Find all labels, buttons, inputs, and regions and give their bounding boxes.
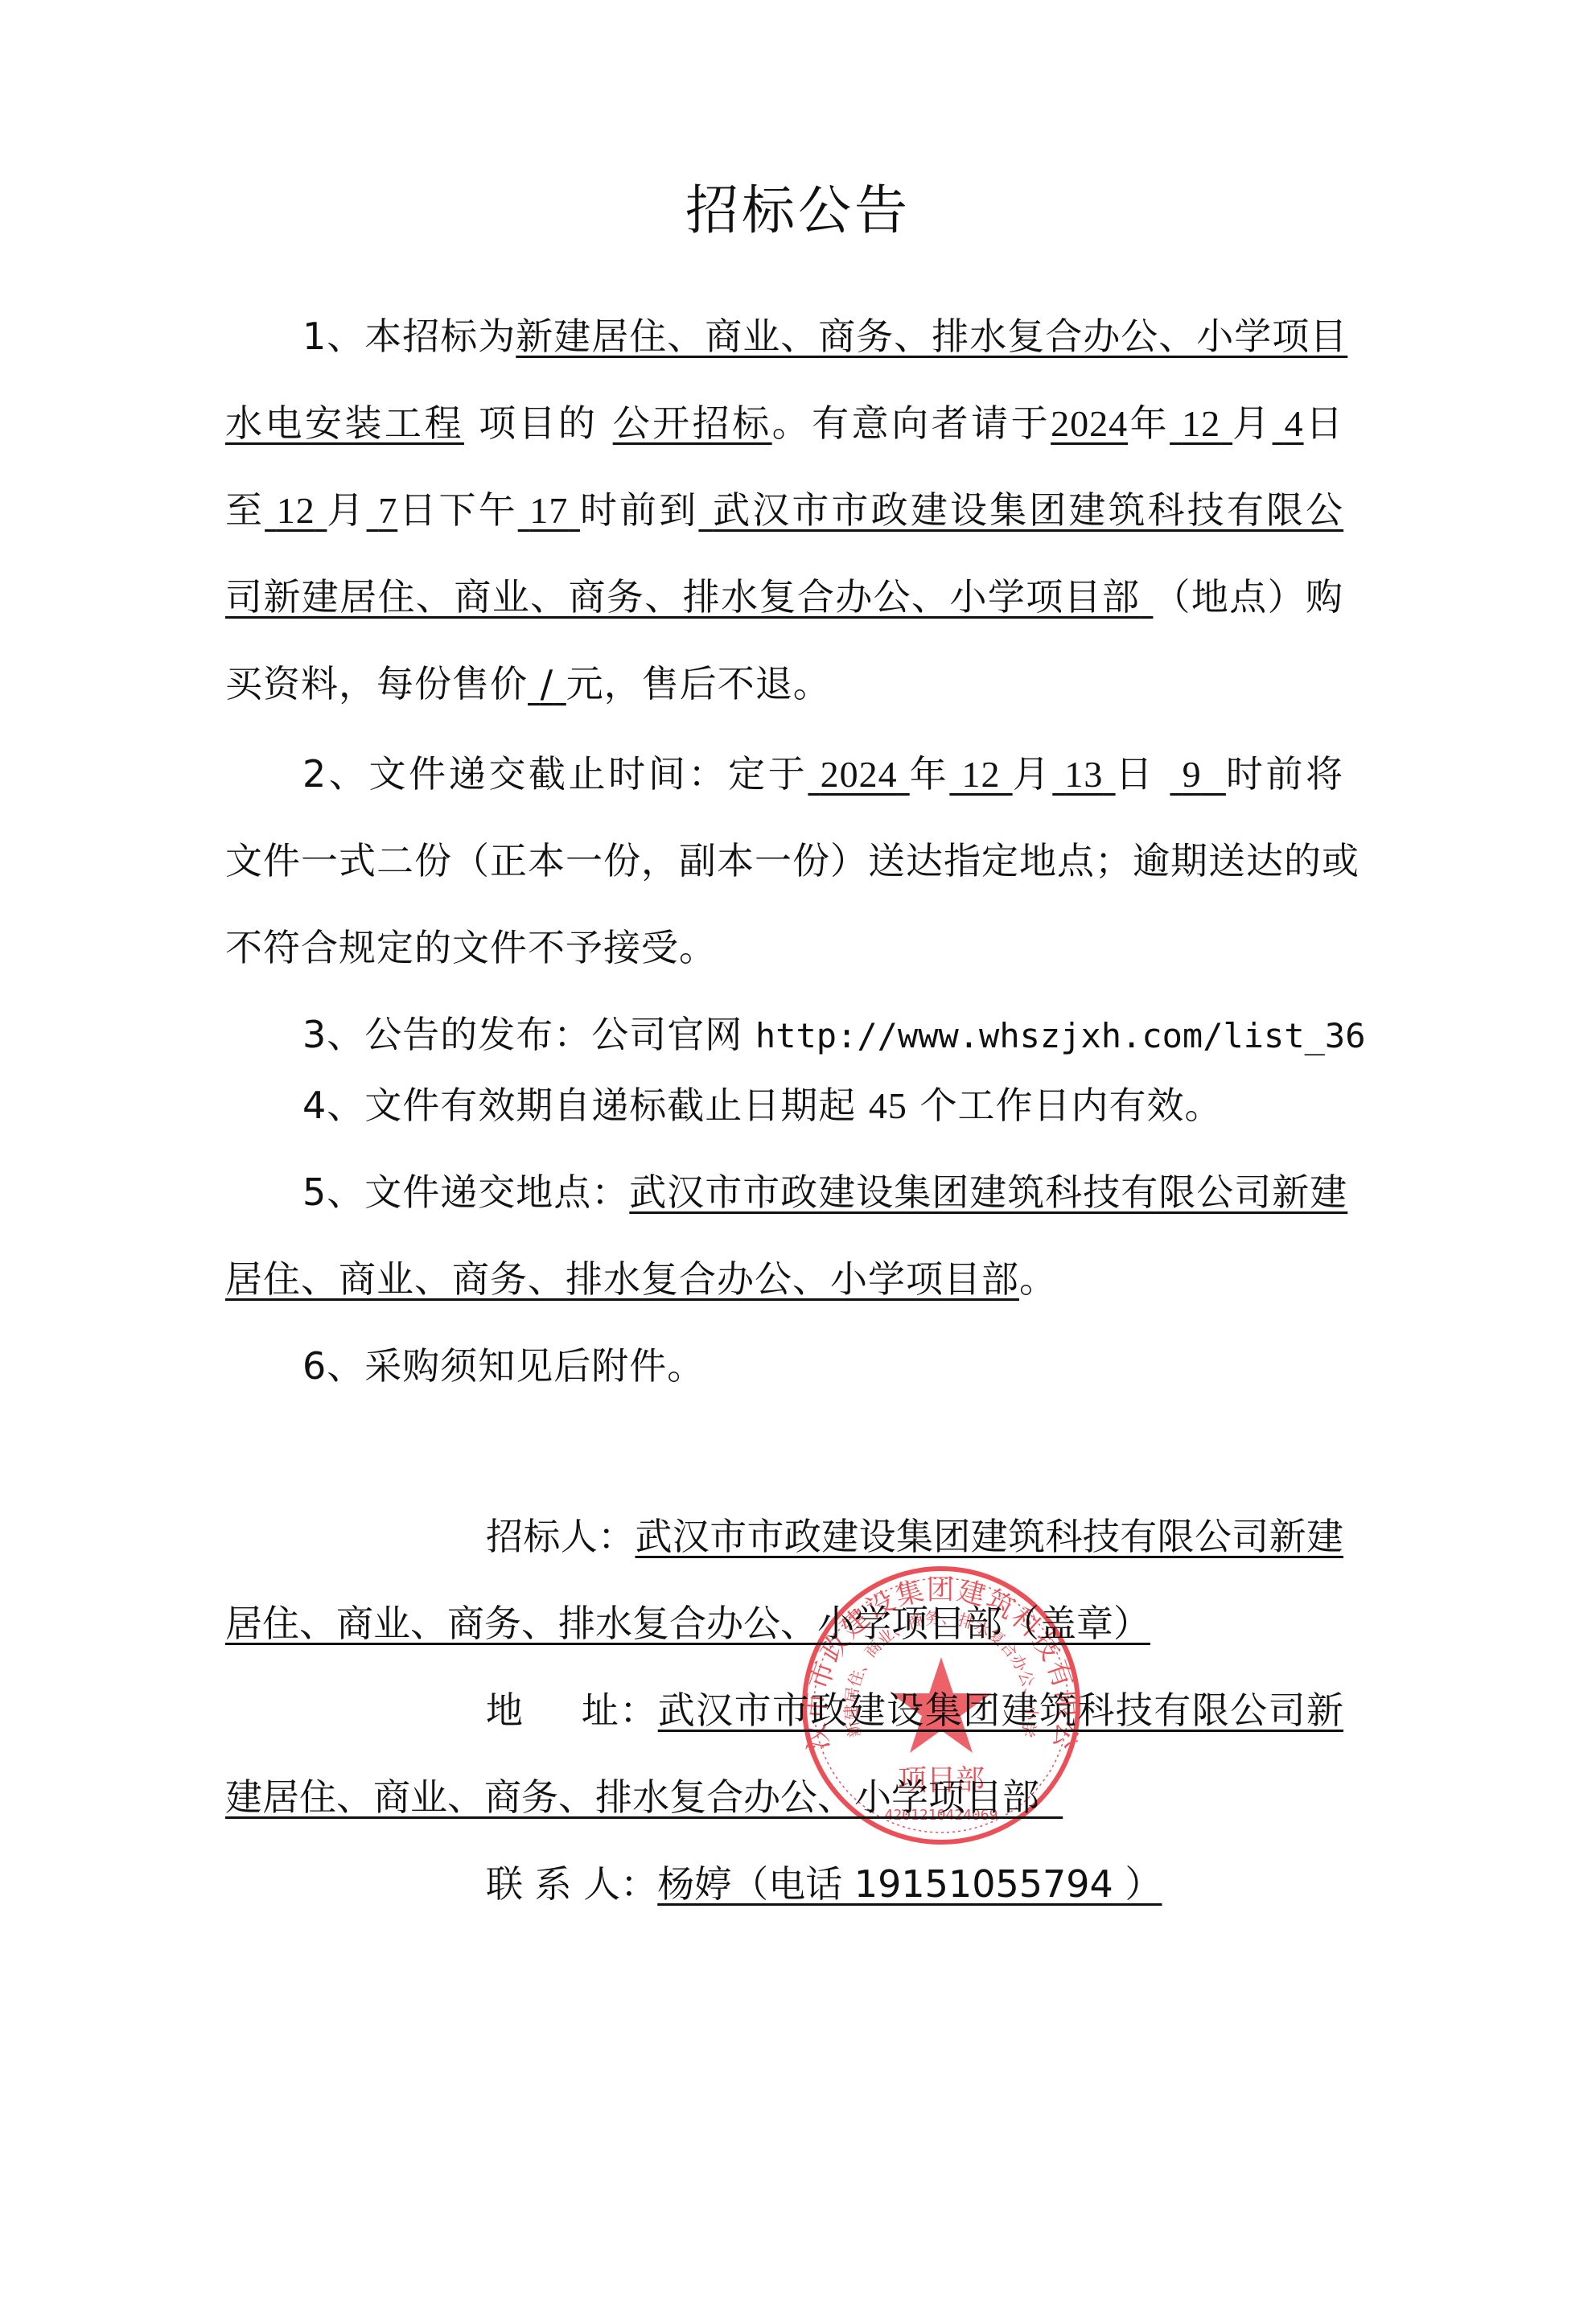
item-1-line-4: 司新建居住、商业、商务、排水复合办公、小学项目部 （地点）购 xyxy=(225,573,1343,621)
item-5-line-2: 居住、商业、商务、排水复合办公、小学项目部。 xyxy=(225,1255,1343,1303)
submission-location-cont: 居住、商业、商务、排水复合办公、小学项目部 xyxy=(225,1257,1019,1301)
end-month: 12 xyxy=(265,490,327,531)
item-1-line-1: 1、本招标为新建居住、商业、商务、排水复合办公、小学项目 xyxy=(225,312,1343,360)
address-value-cont: 建居住、商业、商务、排水复合办公、小学项目部 xyxy=(225,1775,1063,1819)
end-day: 7 xyxy=(367,490,398,531)
item-1-line-3: 至 12 月 7日下午 17 时前到 武汉市市政建设集团建筑科技有限公 xyxy=(225,486,1343,535)
tenderer-name-cont: 居住、商业、商务、排水复合办公、小学项目部（盖章） xyxy=(225,1602,1150,1645)
item-3: 3、公告的发布：公司官网 http://www.whszjxh.com/list… xyxy=(225,1010,1343,1060)
website-url[interactable]: http://www.whszjxh.com/list_36 xyxy=(755,1016,1366,1055)
project-name: 新建居住、商业、商务、排水复合办公、小学项目 xyxy=(516,315,1347,358)
validity-days: 45 xyxy=(869,1085,907,1126)
item-4: 4、文件有效期自递标截止日期起 45 个工作日内有效。 xyxy=(225,1081,1343,1130)
project-name-cont: 水电安装工程 xyxy=(225,401,464,445)
tender-method: 公开招标 xyxy=(613,401,772,445)
start-month: 12 xyxy=(1170,403,1232,444)
contact-line: 联 系 人：杨婷（电话 19151055794 ） xyxy=(486,1860,1343,1908)
deadline-hour: 9 xyxy=(1170,754,1225,795)
item-2-line-3: 不符合规定的文件不予接受。 xyxy=(225,923,1343,972)
address-line-1: 地址：武汉市市政建设集团建筑科技有限公司新 xyxy=(486,1686,1343,1734)
deadline-year: 2024 xyxy=(808,754,909,795)
item-5-line-1: 5、文件递交地点：武汉市市政建设集团建筑科技有限公司新建 xyxy=(225,1168,1343,1216)
purchase-location: 武汉市市政建设集团建筑科技有限公 xyxy=(698,488,1343,532)
item-2-line-2: 文件一式二份（正本一份，副本一份）送达指定地点；逾期送达的或 xyxy=(225,837,1343,885)
tenderer-name: 武汉市市政建设集团建筑科技有限公司新建 xyxy=(635,1515,1343,1558)
deadline-day: 13 xyxy=(1052,754,1115,795)
address-line-2: 建居住、商业、商务、排水复合办公、小学项目部 xyxy=(225,1773,1343,1821)
item-2-line-1: 2、文件递交截止时间：定于 2024 年 12 月 13 日 9 时前将 xyxy=(225,750,1343,799)
document-page: 招标公告 1、本招标为新建居住、商业、商务、排水复合办公、小学项目 水电安装工程… xyxy=(0,0,1596,2320)
start-day: 4 xyxy=(1273,403,1304,444)
tenderer-line-2: 居住、商业、商务、排水复合办公、小学项目部（盖章） xyxy=(225,1599,1343,1647)
address-value: 武汉市市政建设集团建筑科技有限公司新 xyxy=(658,1689,1343,1732)
submission-location: 武汉市市政建设集团建筑科技有限公司新建 xyxy=(629,1170,1347,1214)
deadline-month: 12 xyxy=(949,754,1012,795)
item-1-line-2: 水电安装工程 项目的 公开招标。有意向者请于2024年 12 月 4日 xyxy=(225,399,1343,448)
purchase-location-cont: 司新建居住、商业、商务、排水复合办公、小学项目部 xyxy=(225,575,1153,619)
start-year: 2024 xyxy=(1051,403,1128,444)
end-hour: 17 xyxy=(518,490,580,531)
price: / xyxy=(528,662,566,705)
contact-value: 杨婷（电话 19151055794 ） xyxy=(657,1862,1162,1906)
page-title: 招标公告 xyxy=(0,179,1596,243)
item-1-line-5: 买资料，每份售价 / 元，售后不退。 xyxy=(225,660,1343,708)
item-6: 6、采购须知见后附件。 xyxy=(225,1342,1343,1390)
tenderer-line-1: 招标人：武汉市市政建设集团建筑科技有限公司新建 xyxy=(486,1512,1343,1561)
